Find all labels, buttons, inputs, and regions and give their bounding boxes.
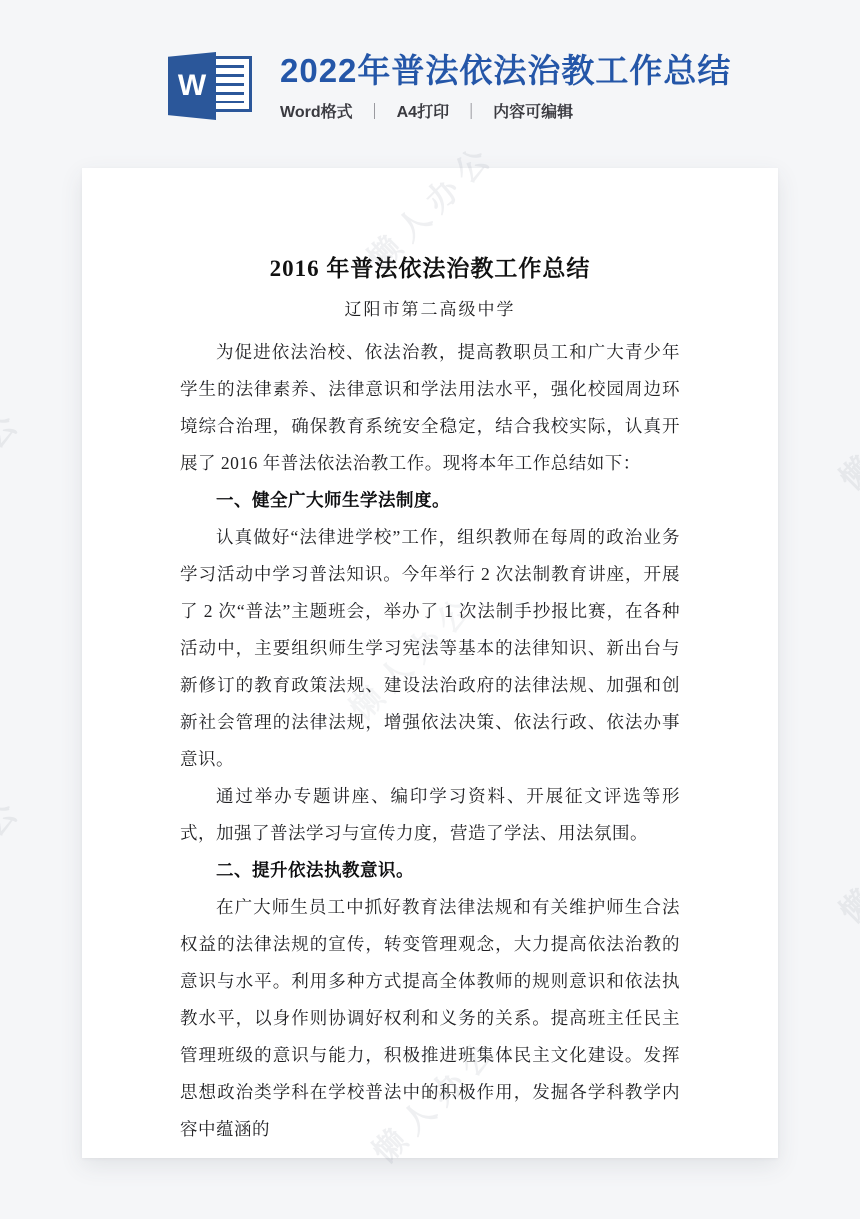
paragraph: 在广大师生员工中抓好教育法律法规和有关维护师生合法权益的法律法规的宣传，转变管理… [180,889,680,1148]
section-heading: 一、健全广大师生学法制度。 [180,482,680,519]
word-icon-document-lines [216,65,244,103]
watermark: 懒人办公 [828,784,860,933]
word-icon-flap: W [168,52,216,120]
page-number: 1 [82,1086,778,1102]
page-title: 2022年普法依法治教工作总结 [280,50,731,93]
paragraph: 认真做好“法律进学校”工作，组织教师在每周的政治业务学习活动中学习普法知识。今年… [180,519,680,778]
document-school: 辽阳市第二高级中学 [180,298,680,322]
document-title: 2016 年普法依法治教工作总结 [180,254,680,284]
watermark: 懒人办公 [828,351,860,500]
document-page: 2016 年普法依法治教工作总结 辽阳市第二高级中学 为促进依法治校、依法治教，… [82,168,778,1158]
paragraph: 通过举办专题讲座、编印学习资料、开展征文评选等形式，加强了普法学习与宣传力度，营… [180,778,680,852]
separator: ｜ [463,99,479,122]
feature-print: A4打印 [397,99,449,122]
feature-list: Word格式 ｜ A4打印 ｜ 内容可编辑 [280,99,731,122]
section-heading: 二、提升依法执教意识。 [180,852,680,889]
header: W 2022年普法依法治教工作总结 Word格式 ｜ A4打印 ｜ 内容可编辑 [168,50,731,122]
paragraph: 为促进依法治校、依法治教，提高教职员工和广大青少年学生的法律素养、法律意识和学法… [180,334,680,482]
feature-editable: 内容可编辑 [493,99,573,122]
word-icon-letter: W [178,71,206,101]
word-icon: W [168,52,252,120]
watermark: 懒人办公 [0,396,32,545]
header-text: 2022年普法依法治教工作总结 Word格式 ｜ A4打印 ｜ 内容可编辑 [280,50,731,122]
separator: ｜ [367,99,383,122]
document-body: 为促进依法治校、依法治教，提高教职员工和广大青少年学生的法律素养、法律意识和学法… [180,334,680,1148]
watermark: 懒人办公 [0,784,32,933]
feature-format: Word格式 [280,99,353,122]
preview-canvas: W 2022年普法依法治教工作总结 Word格式 ｜ A4打印 ｜ 内容可编辑 … [0,0,860,1219]
